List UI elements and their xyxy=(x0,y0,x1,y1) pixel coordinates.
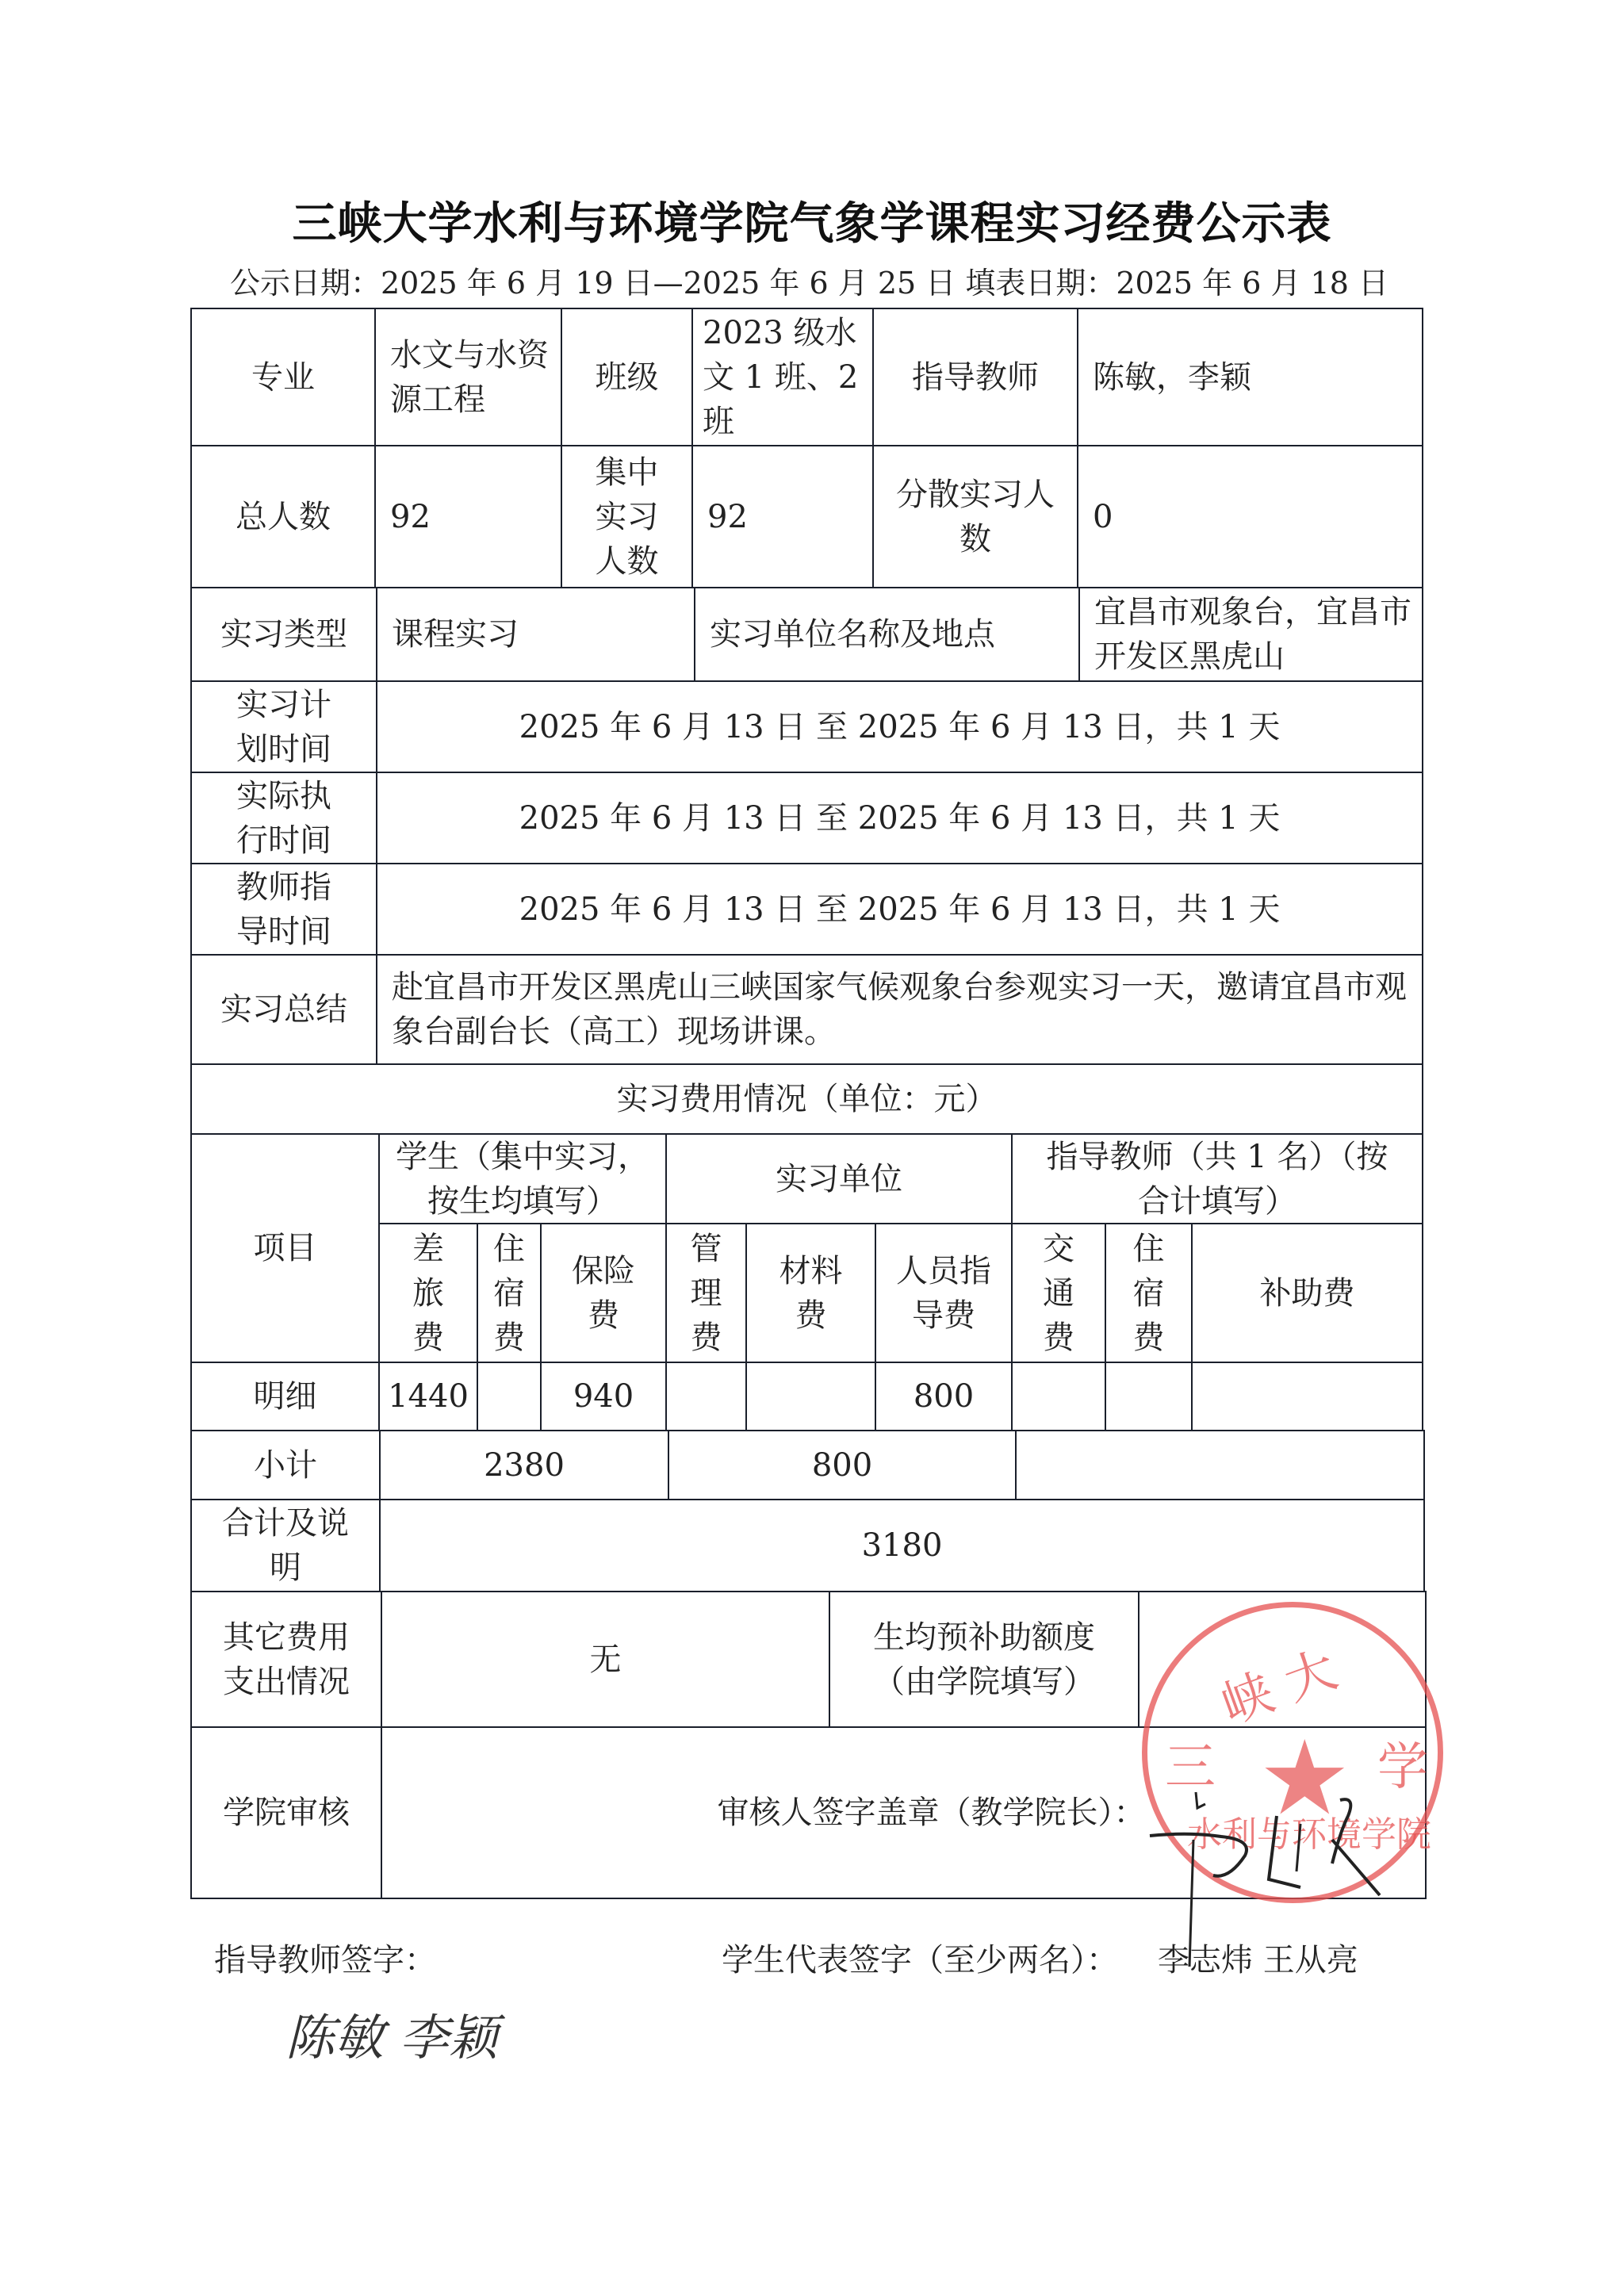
type-label: 实习类型 xyxy=(190,587,377,682)
teacher-time-label: 教师指导时间 xyxy=(190,863,377,956)
total-value: 3180 xyxy=(379,1499,1425,1592)
col-lodging-teacher: 住宿费 xyxy=(1105,1223,1193,1363)
teacher-time-value: 2025 年 6 月 13 日 至 2025 年 6 月 13 日，共 1 天 xyxy=(376,863,1423,956)
group-student: 学生（集中实习，按生均填写） xyxy=(378,1133,667,1224)
plan-time-label: 实习计划时间 xyxy=(190,680,377,773)
col-insurance: 保险费 xyxy=(540,1223,667,1363)
detail-insurance: 940 xyxy=(540,1362,667,1431)
detail-lodging-teacher xyxy=(1105,1362,1193,1431)
detail-label: 明细 xyxy=(190,1362,380,1431)
detail-management xyxy=(665,1362,747,1431)
student-sign-label: 学生代表签字（至少两名）： xyxy=(722,1935,1118,1980)
group-teacher: 指导教师（共 1 名）（按合计填写） xyxy=(1011,1133,1423,1224)
detail-transport xyxy=(1011,1362,1106,1431)
unit-label: 实习单位名称及地点 xyxy=(694,587,1080,682)
class-label: 班级 xyxy=(561,308,693,446)
col-lodging-student: 住宿费 xyxy=(477,1223,542,1363)
page-title: 三峡大学水利与环境学院气象学课程实习经费公示表 xyxy=(0,189,1624,252)
teacher-sign-label: 指导教师签字： xyxy=(214,1935,436,1980)
col-travel: 差旅费 xyxy=(378,1223,478,1363)
detail-staff-guidance: 800 xyxy=(875,1362,1013,1431)
student-names: 李志炜 王从亮 xyxy=(1158,1935,1358,1980)
detail-subsidy xyxy=(1191,1362,1423,1431)
actual-time-value: 2025 年 6 月 13 日 至 2025 年 6 月 13 日，共 1 天 xyxy=(376,772,1423,864)
group-unit: 实习单位 xyxy=(665,1133,1013,1224)
subsidy-quota-label: 生均预补助额度（由学院填写） xyxy=(829,1591,1139,1728)
teacher-value: 陈敏，李颖 xyxy=(1077,308,1423,446)
expense-section-title: 实习费用情况（单位：元） xyxy=(190,1063,1423,1135)
detail-travel: 1440 xyxy=(378,1362,478,1431)
col-management: 管理费 xyxy=(665,1223,747,1363)
col-staff-guidance: 人员指导费 xyxy=(875,1223,1013,1363)
total-people-value: 92 xyxy=(374,445,562,588)
item-label: 项目 xyxy=(190,1133,380,1363)
type-value: 课程实习 xyxy=(376,587,695,682)
subtotal-label: 小计 xyxy=(190,1430,381,1500)
concentrated-value: 92 xyxy=(691,445,874,588)
summary-label: 实习总结 xyxy=(190,954,377,1065)
subtotal-unit: 800 xyxy=(668,1430,1017,1500)
major-label: 专业 xyxy=(190,308,376,446)
dispersed-label: 分散实习人数 xyxy=(872,445,1078,588)
concentrated-label: 集中实习人数 xyxy=(561,445,693,588)
dispersed-value: 0 xyxy=(1077,445,1423,588)
total-label: 合计及说明 xyxy=(190,1499,381,1592)
col-transport: 交通费 xyxy=(1011,1223,1106,1363)
total-people-label: 总人数 xyxy=(190,445,376,588)
major-value: 水文与水资源工程 xyxy=(374,308,562,446)
subtotal-student: 2380 xyxy=(379,1430,669,1500)
plan-time-value: 2025 年 6 月 13 日 至 2025 年 6 月 13 日，共 1 天 xyxy=(376,680,1423,773)
class-value: 2023 级水文 1 班、2 班 xyxy=(691,308,874,446)
teacher-signature: 陈敏 李颖 xyxy=(285,1998,498,2069)
detail-lodging-student xyxy=(477,1362,542,1431)
subtotal-teacher xyxy=(1015,1430,1425,1500)
other-value: 无 xyxy=(381,1591,830,1728)
detail-material xyxy=(745,1362,876,1431)
review-label: 学院审核 xyxy=(190,1726,382,1899)
col-subsidy: 补助费 xyxy=(1191,1223,1423,1363)
summary-value: 赴宜昌市开发区黑虎山三峡国家气候观象台参观实习一天，邀请宜昌市观象台副台长（高工… xyxy=(376,954,1423,1065)
unit-value: 宜昌市观象台，宜昌市开发区黑虎山 xyxy=(1078,587,1423,682)
col-material: 材料费 xyxy=(745,1223,876,1363)
other-label: 其它费用支出情况 xyxy=(190,1591,382,1728)
actual-time-label: 实际执行时间 xyxy=(190,772,377,864)
dates-line: 公示日期：2025 年 6 月 19 日—2025 年 6 月 25 日 填表日… xyxy=(230,259,1388,302)
teacher-label: 指导教师 xyxy=(872,308,1078,446)
